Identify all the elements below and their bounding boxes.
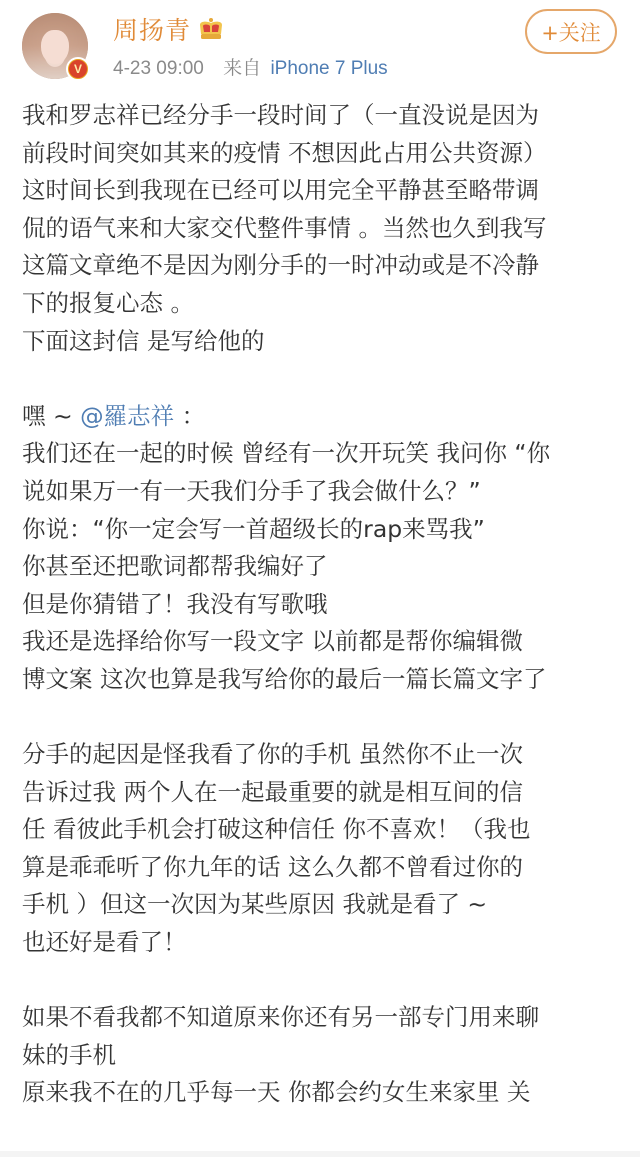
text-line: 告诉过我 两个人在一起最重要的就是相互间的信 xyxy=(22,774,632,812)
text-line: 原来我不在的几乎每一天 你都会约女生来家里 关 xyxy=(22,1074,632,1112)
text-line: 这时间长到我现在已经可以用完全平静甚至略带调 xyxy=(22,172,632,210)
text-line: 博文案 这次也算是我写给你的最后一篇长篇文字了 xyxy=(22,661,632,699)
text-line: 你甚至还把歌词都帮我编好了 xyxy=(22,548,632,586)
greeting-suffix: ： xyxy=(174,402,205,430)
text-line: 手机 ）但这一次因为某些原因 我就是看了 ~ xyxy=(22,886,632,924)
verified-badge-icon: V xyxy=(66,57,90,81)
text-line: 这篇文章绝不是因为刚分手的一时冲动或是不冷静 xyxy=(22,247,632,285)
username[interactable]: 周扬青 xyxy=(113,11,191,47)
weibo-post: V 周扬青 4-23 09:00 来自 iPhone 7 Plus +关注 我和… xyxy=(0,0,640,1157)
blank-line xyxy=(22,962,632,1000)
text-line: 我和罗志祥已经分手一段时间了（一直没说是因为 xyxy=(22,97,632,135)
text-line: 说如果万一有一天我们分手了我会做什么？” xyxy=(22,473,632,511)
crown-icon xyxy=(198,17,224,41)
blank-line xyxy=(22,360,632,398)
text-line: 分手的起因是怪我看了你的手机 虽然你不止一次 xyxy=(22,736,632,774)
text-line: 但是你猜错了！我没有写歌哦 xyxy=(22,586,632,624)
text-line: 你说：“你一定会写一首超级长的rap来骂我” xyxy=(22,511,632,549)
timestamp: 4-23 09:00 xyxy=(113,58,204,79)
text-line: 如果不看我都不知道原来你还有另一部专门用来聊 xyxy=(22,999,632,1037)
text-line: 侃的语气来和大家交代整件事情 。当然也久到我写 xyxy=(22,210,632,248)
blank-line xyxy=(22,699,632,737)
text-line: 妹的手机 xyxy=(22,1037,632,1075)
avatar-face xyxy=(41,30,69,64)
bottom-edge xyxy=(0,1151,640,1157)
source-label: 来自 xyxy=(223,58,261,79)
greeting-line: 嘿 ~ @羅志祥 ： xyxy=(22,398,632,436)
text-line: 前段时间突如其来的疫情 不想因此占用公共资源） xyxy=(22,135,632,173)
follow-button[interactable]: +关注 xyxy=(525,9,617,54)
text-line: 下的报复心态 。 xyxy=(22,285,632,323)
text-line: 算是乖乖听了你九年的话 这么久都不曾看过你的 xyxy=(22,849,632,887)
device-source: iPhone 7 Plus xyxy=(270,58,387,79)
text-line: 我还是选择给你写一段文字 以前都是帮你编辑微 xyxy=(22,623,632,661)
text-line: 任 看彼此手机会打破这种信任 你不喜欢！（我也 xyxy=(22,811,632,849)
username-row: 周扬青 xyxy=(113,12,224,46)
post-header: V 周扬青 4-23 09:00 来自 iPhone 7 Plus +关注 xyxy=(0,0,640,90)
text-line: 也还好是看了！ xyxy=(22,924,632,962)
post-meta: 4-23 09:00 来自 iPhone 7 Plus xyxy=(113,53,388,80)
post-body: 我和罗志祥已经分手一段时间了（一直没说是因为前段时间突如其来的疫情 不想因此占用… xyxy=(22,97,632,1112)
text-line: 我们还在一起的时候 曾经有一次开玩笑 我问你 “你 xyxy=(22,435,632,473)
mention-link[interactable]: @羅志祥 xyxy=(80,402,174,430)
text-line: 下面这封信 是写给他的 xyxy=(22,323,632,361)
greeting-prefix: 嘿 ~ xyxy=(22,402,80,430)
